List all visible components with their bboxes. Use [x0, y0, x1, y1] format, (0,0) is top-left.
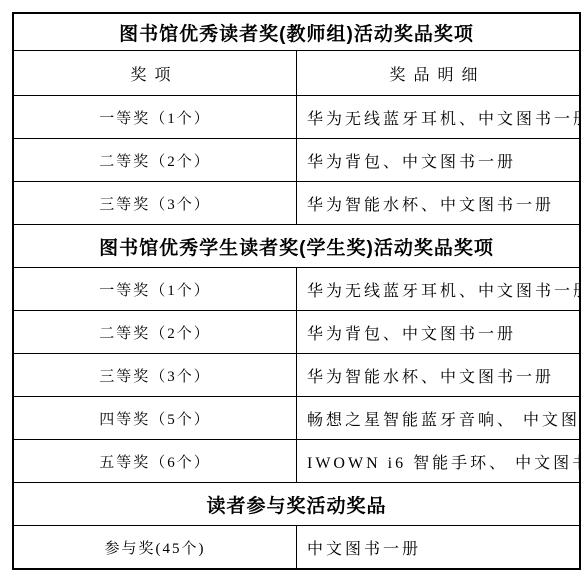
award-cell: 五等奖（6个）: [13, 440, 297, 483]
award-cell: 二等奖（2个）: [13, 139, 297, 182]
award-cell: 三等奖（3个）: [13, 182, 297, 225]
prize-cell: IWOWN i6 智能手环、 中文图书一册: [297, 440, 581, 483]
table-row: 二等奖（2个） 华为背包、中文图书一册: [13, 311, 580, 354]
prize-cell: 畅想之星智能蓝牙音响、 中文图书一册: [297, 397, 581, 440]
column-header-award: 奖项: [13, 51, 297, 96]
prize-cell: 中文图书一册: [297, 526, 581, 570]
table-row: 三等奖（3个） 华为智能水杯、中文图书一册: [13, 182, 580, 225]
section-1-title-row: 图书馆优秀读者奖(教师组)活动奖品奖项: [13, 13, 580, 51]
award-cell: 一等奖（1个）: [13, 268, 297, 311]
section-title: 图书馆优秀读者奖(教师组)活动奖品奖项: [13, 13, 580, 51]
prize-cell: 华为背包、中文图书一册: [297, 311, 581, 354]
prize-cell: 华为无线蓝牙耳机、中文图书一册: [297, 268, 581, 311]
table-row: 一等奖（1个） 华为无线蓝牙耳机、中文图书一册: [13, 268, 580, 311]
section-3-title-row: 读者参与奖活动奖品: [13, 483, 580, 526]
prize-cell: 华为无线蓝牙耳机、中文图书一册: [297, 96, 581, 139]
table-row: 四等奖（5个） 畅想之星智能蓝牙音响、 中文图书一册: [13, 397, 580, 440]
prize-cell: 华为智能水杯、中文图书一册: [297, 354, 581, 397]
section-title: 图书馆优秀学生读者奖(学生奖)活动奖品奖项: [13, 225, 580, 268]
column-header-row: 奖项 奖品明细: [13, 51, 580, 96]
table-row: 一等奖（1个） 华为无线蓝牙耳机、中文图书一册: [13, 96, 580, 139]
award-cell: 一等奖（1个）: [13, 96, 297, 139]
award-cell: 二等奖（2个）: [13, 311, 297, 354]
award-cell: 三等奖（3个）: [13, 354, 297, 397]
section-title: 读者参与奖活动奖品: [13, 483, 580, 526]
prize-cell: 华为背包、中文图书一册: [297, 139, 581, 182]
award-cell: 四等奖（5个）: [13, 397, 297, 440]
section-2-title-row: 图书馆优秀学生读者奖(学生奖)活动奖品奖项: [13, 225, 580, 268]
prize-cell: 华为智能水杯、中文图书一册: [297, 182, 581, 225]
table-row: 五等奖（6个） IWOWN i6 智能手环、 中文图书一册: [13, 440, 580, 483]
award-cell: 参与奖(45个): [13, 526, 297, 570]
column-header-detail: 奖品明细: [297, 51, 581, 96]
table-row: 二等奖（2个） 华为背包、中文图书一册: [13, 139, 580, 182]
prize-table: 图书馆优秀读者奖(教师组)活动奖品奖项 奖项 奖品明细 一等奖（1个） 华为无线…: [12, 12, 581, 570]
table-row: 三等奖（3个） 华为智能水杯、中文图书一册: [13, 354, 580, 397]
table-row: 参与奖(45个) 中文图书一册: [13, 526, 580, 570]
